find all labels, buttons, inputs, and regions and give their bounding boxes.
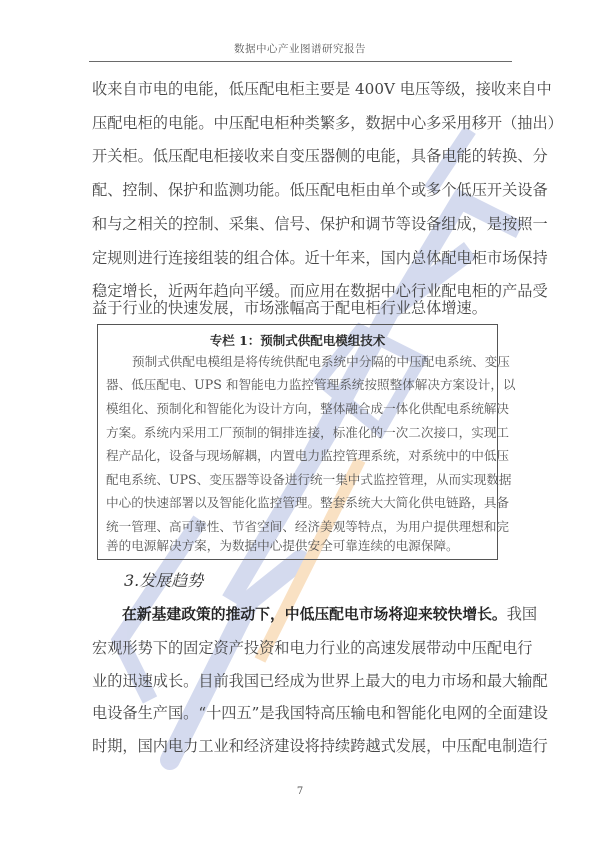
box-text-line: 方案。系统内采用工厂预制的铜排连接，标准化的一次二次接口，实现工 xyxy=(106,424,490,442)
header-divider xyxy=(89,61,512,62)
sidebar-column-box: 专栏 1：预制式供配电模组技术 预制式供配电模组是将传统供配电系统中分隔的中压配… xyxy=(97,324,498,560)
text-line: 定规则进行连接组装的组合体。近十年来，国内总体配电柜市场保持 xyxy=(92,248,509,268)
bold-lead-sentence: 在新基建政策的推动下，中低压配电市场将迎来较快增长。 xyxy=(122,606,507,623)
text-line: 电设备生产国。“十四五”是我国特高压输电和智能化电网的全面建设 xyxy=(92,703,509,723)
box-text-line: 模组化、预制化和智能化为设计方向，整体融合成一体化供配电系统解决 xyxy=(106,400,490,418)
box-text-line: 程产品化，设备与现场解耦，内置电力监控管理系统，对系统中的中低压 xyxy=(106,447,490,465)
box-text-line: 器、低压配电、UPS 和智能电力监控管理系统按照整体解决方案设计，以 xyxy=(106,376,490,394)
box-text-line: 预制式供配电模组是将传统供配电系统中分隔的中压配电系统、变压 xyxy=(106,353,490,371)
text-line: 时期，国内电力工业和经济建设将持续跨越式发展，中压配电制造行 xyxy=(92,736,509,756)
box-text-line: 统一管理、高可靠性、节省空间、经济美观等特点，为用户提供理想和完 xyxy=(106,518,490,536)
box-text-line: 配电系统、UPS、变压器等设备进行统一集中式监控管理，从而实现数据 xyxy=(106,471,490,489)
text-line: 压配电柜的电能。中压配电柜种类繁多，数据中心多采用移开（抽出） xyxy=(92,113,509,133)
running-header-title: 数据中心产业图谱研究报告 xyxy=(0,41,600,56)
paragraph-2-first-line: 在新基建政策的推动下，中低压配电市场将迎来较快增长。我国 xyxy=(92,604,509,624)
lead-rest: 我国 xyxy=(507,605,537,623)
text-line: 益于行业的快速发展，市场涨幅高于配电柜行业总体增速。 xyxy=(92,298,509,318)
text-line: 业的迅速成长。目前我国已经成为世界上最大的电力市场和最大输配 xyxy=(92,671,509,691)
section-heading: 3.发展趋势 xyxy=(124,568,203,591)
text-line: 开关柜。低压配电柜接收来自变压器侧的电能，具备电能的转换、分 xyxy=(92,146,509,166)
text-line: 宏观形势下的固定资产投资和电力行业的高速发展带动中压配电行 xyxy=(92,638,509,658)
page-number: 7 xyxy=(0,786,600,797)
text-line: 收来自市电的电能，低压配电柜主要是 400V 电压等级，接收来自中 xyxy=(92,79,509,99)
box-text-line: 中心的快速部署以及智能化监控管理。整套系统大大简化供电链路，具备 xyxy=(106,494,490,512)
text-line: 和与之相关的控制、采集、信号、保护和调节等设备组成，是按照一 xyxy=(92,214,509,234)
box-text-line: 善的电源解决方案，为数据中心提供安全可靠连续的电源保障。 xyxy=(106,537,490,555)
text-line: 配、控制、保护和监测功能。低压配电柜由单个或多个低压开关设备 xyxy=(92,180,509,200)
column-box-title: 专栏 1：预制式供配电模组技术 xyxy=(98,331,497,349)
